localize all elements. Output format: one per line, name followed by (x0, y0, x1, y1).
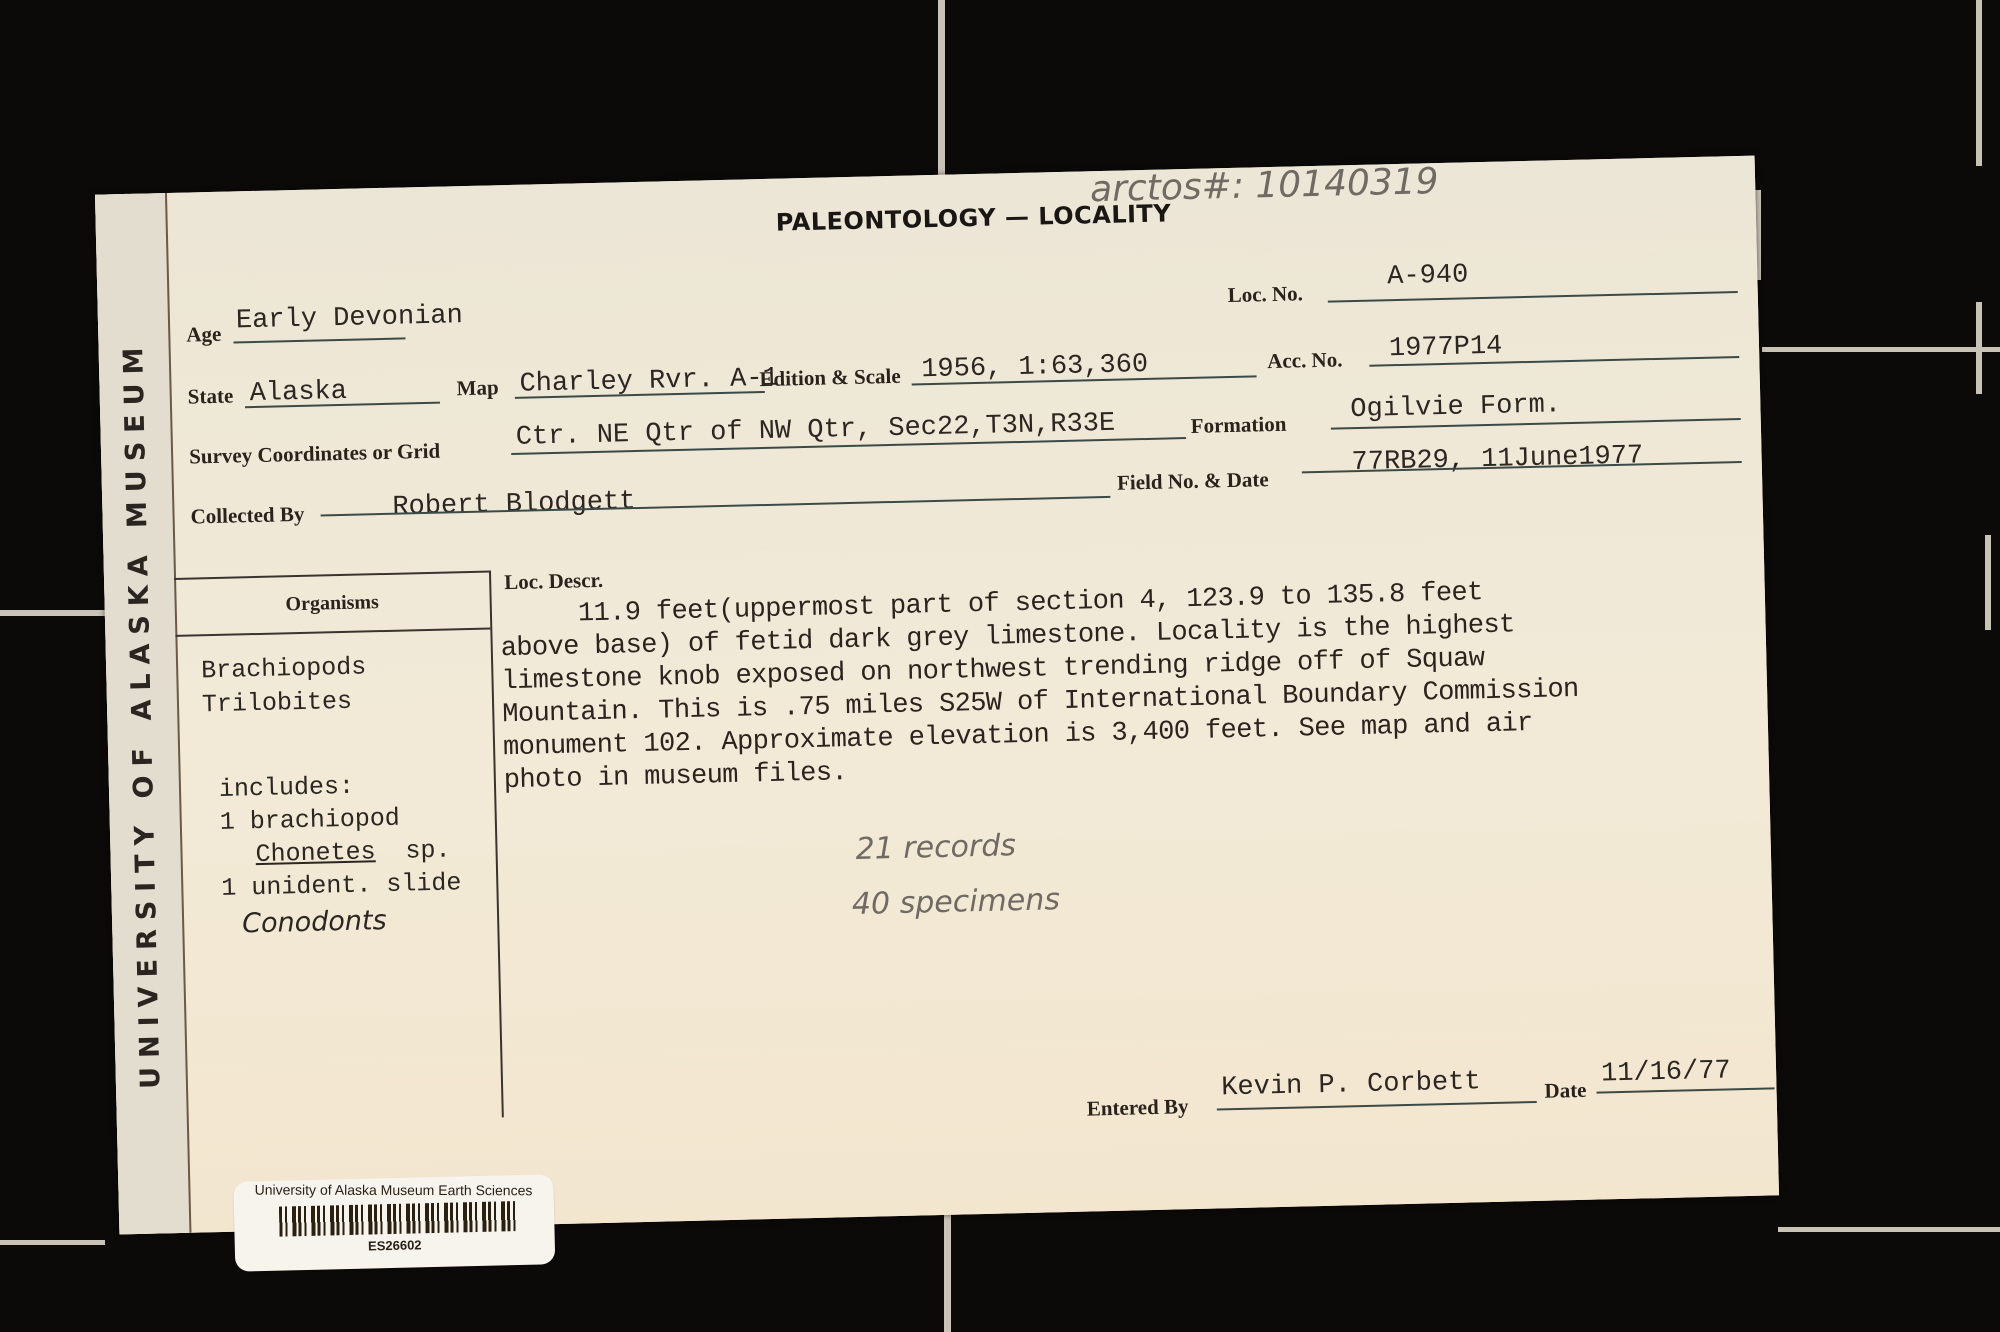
collected-by-label: Collected By (190, 502, 304, 530)
field-no-date-value[interactable]: 77RB29, 11June1977 (1351, 441, 1643, 478)
date-value[interactable]: 11/16/77 (1601, 1056, 1731, 1089)
organisms-box: Organisms Brachiopods Trilobites include… (174, 570, 504, 1124)
acc-no-label: Acc. No. (1267, 347, 1343, 374)
loc-no-label: Loc. No. (1227, 281, 1303, 308)
background-grid-vertical-right-low (1985, 535, 1991, 630)
barcode-id: ES26602 (235, 1234, 555, 1257)
organism-genus: Chonetes (255, 837, 376, 869)
field-no-date-label: Field No. & Date (1117, 467, 1269, 496)
handwritten-specimens: 40 specimens (852, 882, 1061, 922)
background-grid-horizontal-bottom-left (0, 1240, 105, 1245)
organisms-header: Organisms (174, 573, 490, 637)
loc-descr-label: Loc. Descr. (504, 568, 604, 595)
organism-conodonts-handwritten: Conodonts (242, 905, 387, 939)
age-label: Age (186, 322, 222, 348)
acc-no-value[interactable]: 1977P14 (1389, 332, 1503, 365)
handwritten-records: 21 records (855, 828, 1016, 867)
organism-includes: includes: (219, 772, 355, 804)
organism-trilobites: Trilobites (202, 687, 353, 720)
entered-by-label: Entered By (1087, 1094, 1189, 1121)
formation-label: Formation (1190, 412, 1286, 439)
state-label: State (187, 384, 233, 410)
organism-species: sp. (405, 836, 451, 866)
background-grid-vertical-right-mid (1976, 302, 1982, 394)
collected-by-value[interactable]: Robert Blodgett (392, 487, 636, 523)
card-body: UNIVERSITY OF ALASKA MUSEUM PALEONTOLOGY… (95, 156, 1779, 1235)
background-grid-horizontal-right (1762, 347, 2000, 352)
formation-value[interactable]: Ogilvie Form. (1350, 390, 1561, 425)
institution-label: UNIVERSITY OF ALASKA MUSEUM (118, 338, 167, 1089)
map-label: Map (456, 375, 499, 401)
background-grid-vertical-right (1976, 0, 1982, 166)
background-grid-horizontal-left (0, 610, 110, 616)
locality-card: UNIVERSITY OF ALASKA MUSEUM PALEONTOLOGY… (95, 156, 1779, 1235)
organism-brachiopods: Brachiopods (201, 652, 367, 685)
date-label: Date (1544, 1078, 1587, 1104)
entered-by-underline (1217, 1101, 1537, 1111)
age-value[interactable]: Early Devonian (236, 301, 463, 336)
organism-brachiopod-count: 1 brachiopod (219, 804, 400, 837)
arctos-number-annotation: arctos#: 10140319 (1090, 161, 1439, 210)
barcode-title: University of Alaska Museum Earth Scienc… (233, 1182, 553, 1199)
age-underline (233, 337, 405, 343)
background-grid-horizontal-bottom-right (1778, 1227, 2000, 1232)
loc-descr-text: 11.9 feet(uppermost part of section 4, 1… (500, 572, 1704, 798)
loc-no-underline (1328, 291, 1738, 303)
edition-scale-label: Edition & Scale (759, 364, 901, 392)
loc-no-value[interactable]: A-940 (1387, 260, 1469, 292)
background-grid-vertical (938, 0, 945, 190)
entered-by-value[interactable]: Kevin P. Corbett (1221, 1067, 1481, 1103)
organism-unident-slide: 1 unident. slide (221, 868, 462, 903)
survey-label: Survey Coordinates or Grid (189, 439, 441, 470)
barcode-icon (279, 1201, 520, 1237)
background-grid-vertical-bottom (944, 1205, 951, 1332)
barcode-label: University of Alaska Museum Earth Scienc… (233, 1174, 555, 1272)
